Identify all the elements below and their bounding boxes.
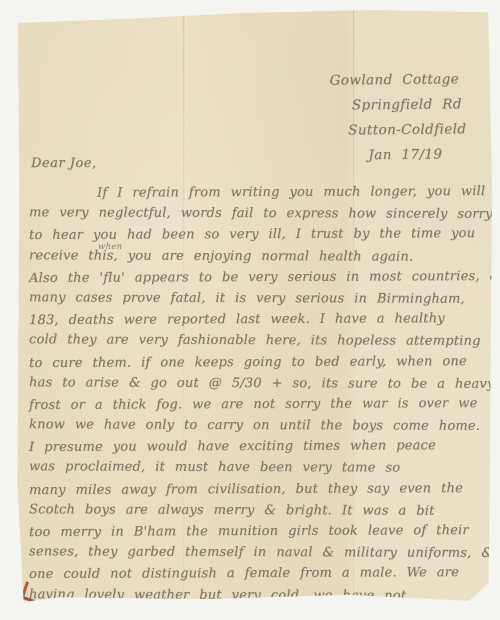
address-line: Sutton-Coldfield <box>348 117 467 143</box>
date-line: Jan 17/19 <box>368 142 467 168</box>
body-line: Scotch boys are always merry & bright. I… <box>29 499 481 522</box>
body-line: many cases prove fatal, it is very serio… <box>29 287 481 310</box>
letter-body: If I refrain from writing you much longe… <box>29 182 481 602</box>
body-line: frost or a thick fog. we are not sorry t… <box>29 393 481 416</box>
body-line: to cure them. if one keeps going to bed … <box>29 351 481 374</box>
body-line: 183, deaths were reported last week. I h… <box>29 308 481 331</box>
body-line: too merry in B'ham the munition girls to… <box>29 520 481 543</box>
body-line: many miles away from civilisation, but t… <box>29 478 481 501</box>
address-line: Gowland Cottage <box>329 67 466 93</box>
body-line: know we have only to carry on until the … <box>29 414 481 437</box>
letter-paper: Gowland Cottage Springfield Rd Sutton-Co… <box>16 10 492 602</box>
address-block: Gowland Cottage Springfield Rd Sutton-Co… <box>315 67 466 169</box>
body-line: receive this, you are enjoying normal he… <box>29 245 481 268</box>
body-line: senses, they garbed themself in naval & … <box>29 541 481 564</box>
body-line: having lovely weather but very cold, we … <box>29 584 481 602</box>
scan-background: Gowland Cottage Springfield Rd Sutton-Co… <box>0 0 500 620</box>
body-line: cold they are very fashionable here, its… <box>29 330 481 353</box>
body-line: has to arise & go out @ 5/30 + so, its s… <box>29 372 481 395</box>
body-line: was proclaimed, it must have been very t… <box>29 457 481 480</box>
salutation: Dear Joe, <box>31 156 97 171</box>
body-line: I presume you would have exciting times … <box>29 435 481 458</box>
address-line: Springfield Rd <box>352 92 467 118</box>
body-line: me very neglectful, words fail to expres… <box>29 202 481 225</box>
body-line: If I refrain from writing you much longe… <box>29 181 481 204</box>
body-line: Also the 'flu' appears to be very seriou… <box>29 266 481 289</box>
body-line: to hear you had been so very ill, I trus… <box>29 223 481 246</box>
body-line: one could not distinguish a female from … <box>29 562 481 585</box>
